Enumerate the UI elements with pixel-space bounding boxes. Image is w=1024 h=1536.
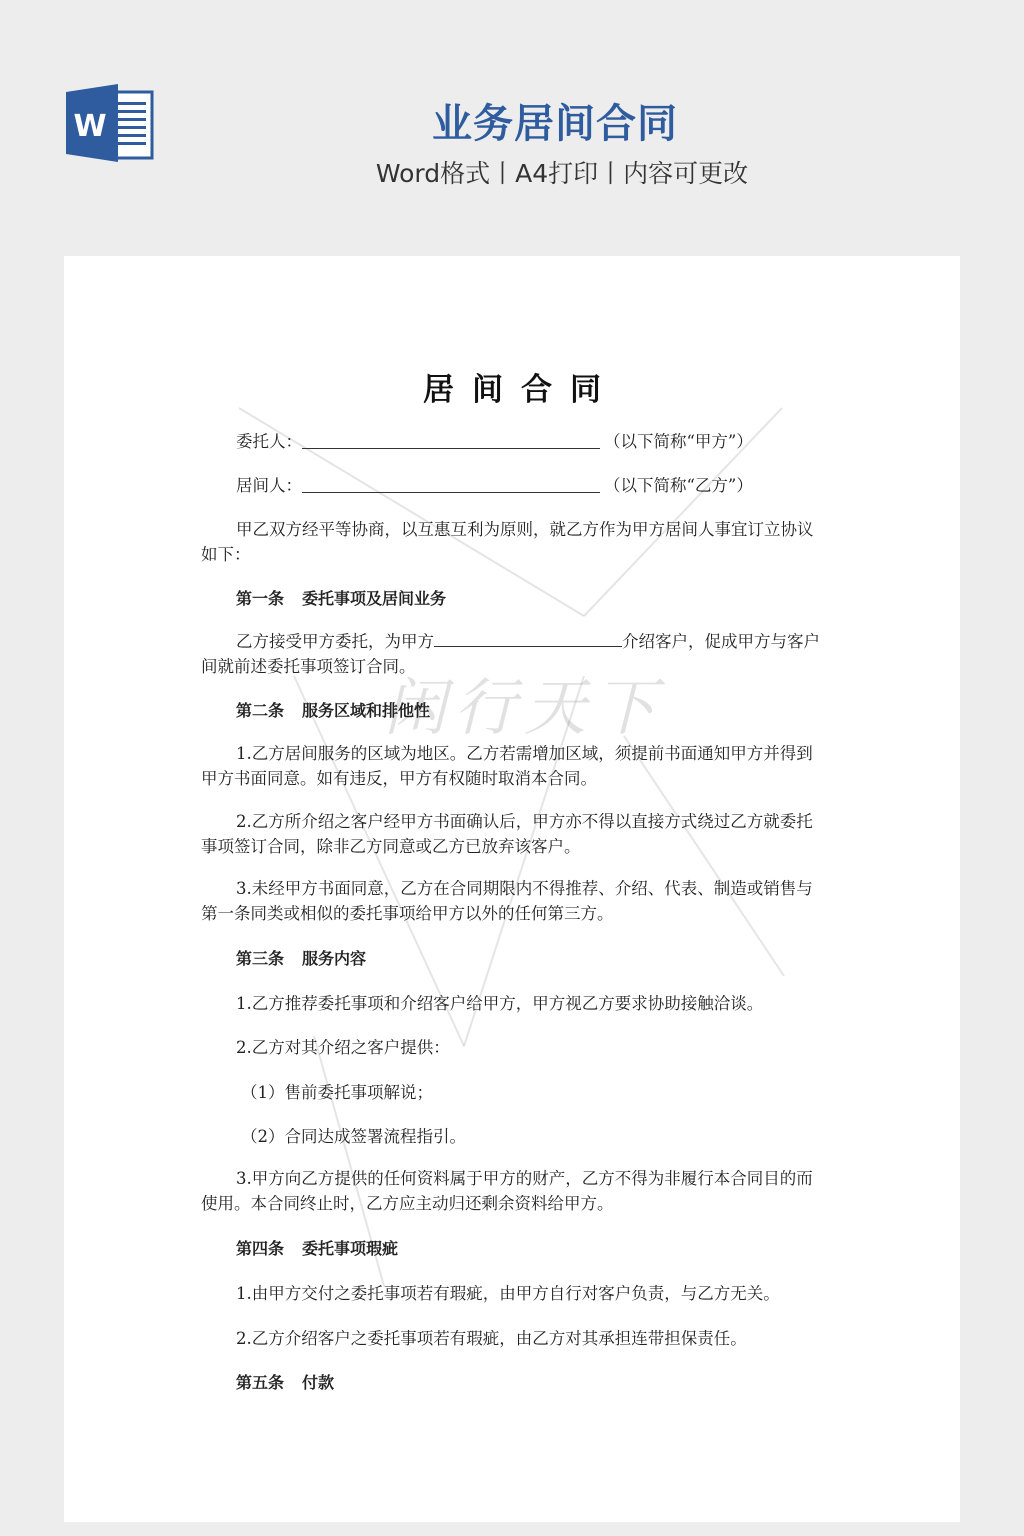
article-3-item-3: 3.甲方向乙方提供的任何资料属于甲方的财产，乙方不得为非履行本合同目的而使用。本… (201, 1166, 825, 1216)
party-b-label: 居间人： (236, 472, 302, 496)
article-4-item-1: 1.由甲方交付之委托事项若有瑕疵，由甲方自行对客户负责，与乙方无关。 (236, 1280, 780, 1304)
party-a-label: 委托人： (236, 428, 302, 452)
article-3-subitem-1: （1）售前委托事项解说； (241, 1079, 433, 1103)
article-2-item-2: 2.乙方所介绍之客户经甲方书面确认后，甲方亦不得以直接方式绕过乙方就委托事项签订… (201, 809, 825, 859)
article-2-heading: 第二条服务区域和排他性 (236, 698, 430, 721)
document-page: 闲行天下 居间合同 委托人： （以下简称“甲方”） 居间人： （以下简称“乙方”… (64, 256, 960, 1522)
article-5-heading: 第五条付款 (236, 1370, 334, 1393)
article-4-item-2: 2.乙方介绍客户之委托事项若有瑕疵，由乙方对其承担连带担保责任。 (236, 1325, 747, 1349)
party-a-note: （以下简称“甲方”） (604, 428, 753, 452)
article-4-heading: 第四条委托事项瑕疵 (236, 1236, 398, 1259)
party-b-blank[interactable] (302, 474, 600, 493)
document-title: 居间合同 (201, 364, 823, 409)
article-3-item-2: 2.乙方对其介绍之客户提供： (236, 1034, 450, 1058)
article-2-item-1: 1.乙方居间服务的区域为地区。乙方若需增加区域，须提前书面通知甲方并得到甲方书面… (201, 741, 825, 791)
page-title: 业务居间合同 (0, 92, 1024, 149)
article-3-item-1: 1.乙方推荐委托事项和介绍客户给甲方，甲方视乙方要求协助接触洽谈。 (236, 990, 763, 1014)
article-2-item-3: 3.未经甲方书面同意，乙方在合同期限内不得推荐、介绍、代表、制造或销售与第一条同… (201, 876, 825, 926)
party-b-note: （以下简称“乙方”） (604, 472, 753, 496)
party-a-blank[interactable] (302, 430, 600, 449)
article-1-paragraph: 乙方接受甲方委托，为甲方介绍客户，促成甲方与客户间就前述委托事项签订合同。 (201, 629, 825, 679)
service-blank[interactable] (434, 630, 622, 647)
party-a-row: 委托人： （以下简称“甲方”） (236, 428, 753, 452)
intro-paragraph: 甲乙双方经平等协商，以互惠互利为原则，就乙方作为甲方居间人事宜订立协议如下： (201, 517, 825, 567)
article-1-heading: 第一条委托事项及居间业务 (236, 586, 446, 609)
article-3-subitem-2: （2）合同达成签署流程指引。 (241, 1123, 466, 1147)
party-b-row: 居间人： （以下简称“乙方”） (236, 472, 753, 496)
article-3-heading: 第三条服务内容 (236, 946, 366, 969)
page-subtitle: Word格式丨A4打印丨内容可更改 (0, 154, 1024, 190)
